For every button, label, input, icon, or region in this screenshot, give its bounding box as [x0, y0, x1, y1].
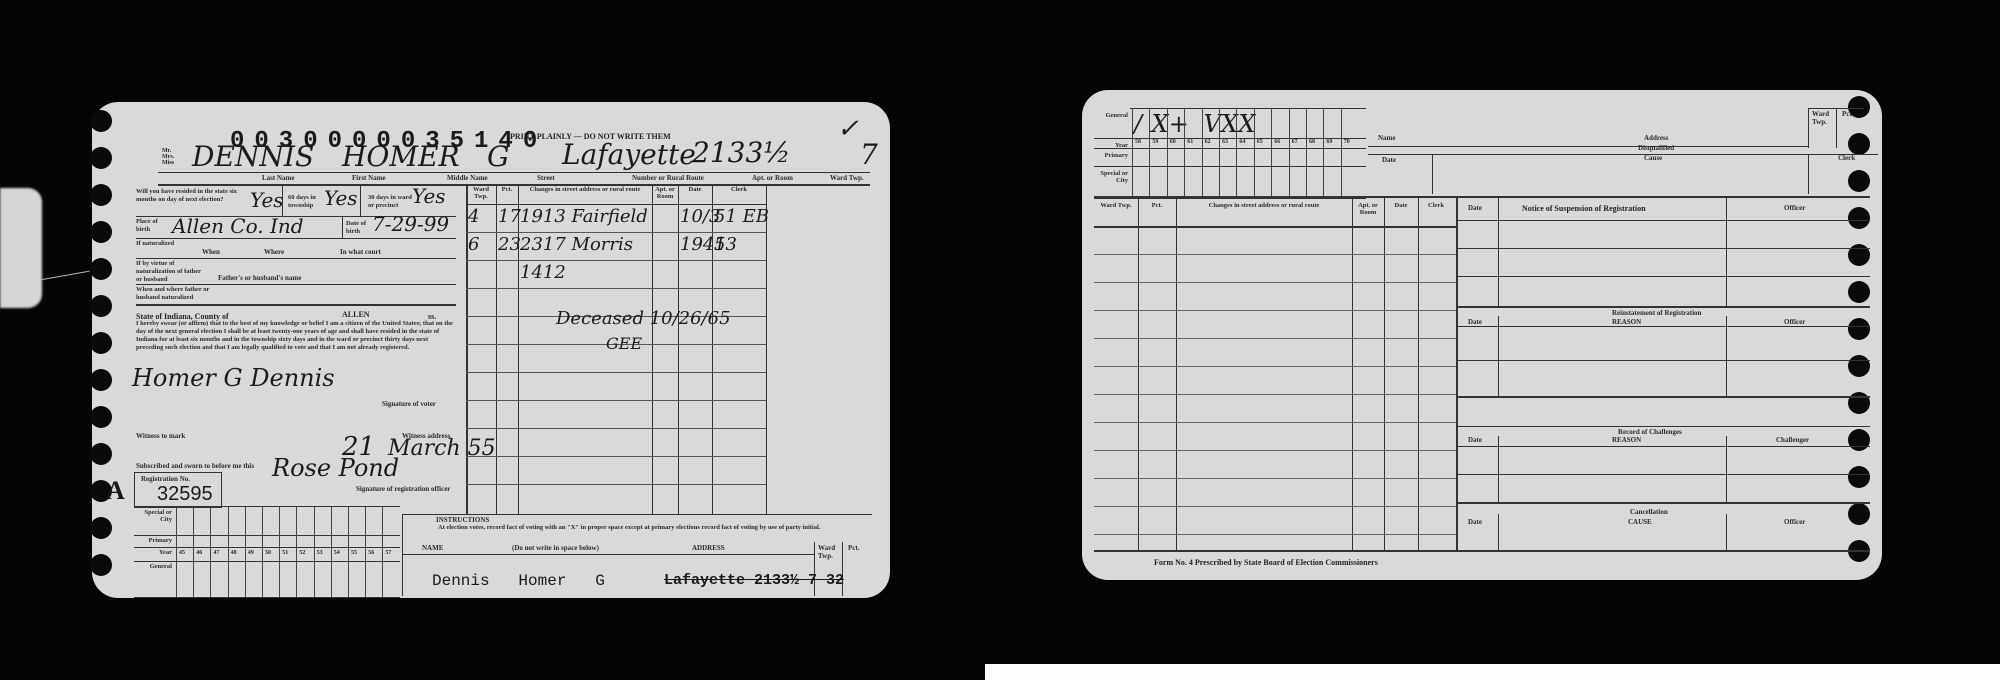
label-street: Street: [537, 174, 555, 182]
typed-name: Dennis Homer G: [432, 572, 605, 590]
changes-header: Apt. or Room: [654, 186, 676, 200]
grid-column: [382, 507, 383, 597]
cancellation-title: Cancellation: [1630, 508, 1668, 516]
label-cause: Cause: [1644, 154, 1662, 162]
back-grid-year: 61: [1187, 139, 1193, 145]
back-grid-column: [1167, 108, 1168, 198]
grid-year: 56: [368, 550, 374, 556]
instructions-title: INSTRUCTIONS: [436, 516, 489, 524]
film-artifact: [0, 188, 42, 308]
changes-header: Ward Twp.: [468, 186, 494, 200]
grid-column: [348, 507, 349, 597]
label-reinstatement-reason: REASON: [1612, 318, 1641, 326]
first-name-handwritten: HOMER: [342, 140, 460, 173]
label-where: Where: [264, 248, 284, 256]
label-address-back: Address: [1644, 134, 1668, 142]
back-changes-header: Ward Twp.: [1096, 202, 1136, 209]
grid-year: 53: [317, 550, 323, 556]
back-grid-column: [1219, 108, 1220, 198]
changes-cell: 1412: [520, 262, 566, 283]
changes-cell: 51 EB: [714, 206, 769, 227]
label-father-name: Father's or husband's name: [218, 274, 301, 282]
label-father-naturalized: When and where father or husband natural…: [136, 286, 226, 302]
label-precinct: 30 days in ward or precinct: [368, 194, 418, 210]
general-vote-mark: +: [1169, 110, 1189, 138]
changes-header: Changes in street address or rural route: [520, 186, 650, 193]
back-changes-header: Pct.: [1140, 202, 1174, 209]
punch-hole: [90, 110, 112, 132]
grid-year: 46: [196, 550, 202, 556]
registration-card-back: GeneralYearPrimarySpecial or City58/59X6…: [1082, 90, 1882, 580]
typed-address: Lafayette 2133½ 7 32: [664, 572, 844, 589]
changes-cell: 17: [498, 206, 521, 227]
label-pct-back: Pct.: [1842, 110, 1853, 118]
punch-hole: [90, 332, 112, 354]
grid-column: [331, 507, 332, 597]
grid-column: [210, 507, 211, 597]
general-vote-mark: /: [1134, 110, 1142, 138]
back-grid-row-label: Primary: [1094, 152, 1128, 159]
label-name: NAME: [422, 544, 443, 552]
changes-header: Pct.: [498, 186, 516, 193]
grid-column: [314, 507, 315, 597]
punch-hole: [1848, 281, 1870, 303]
grid-year: 55: [351, 550, 357, 556]
label-witness-mark: Witness to mark: [136, 432, 185, 440]
punch-hole: [1848, 355, 1870, 377]
grid-year: 45: [179, 550, 185, 556]
voting-record-grid: Special or CityPrimaryYearGeneral4546474…: [134, 506, 400, 597]
label-ward-bottom: Ward Twp.: [818, 544, 840, 560]
changes-cell: 53: [714, 234, 737, 255]
grid-column: [262, 507, 263, 597]
address-changes-table: Ward Twp.Pct.Changes in street address o…: [466, 184, 876, 514]
punch-hole: [1848, 318, 1870, 340]
changes-cell: 2317 Morris: [520, 234, 633, 255]
back-grid-column: [1254, 108, 1255, 198]
grid-year: 51: [282, 550, 288, 556]
punch-hole: [90, 406, 112, 428]
grid-row-label: Year: [136, 549, 172, 556]
grid-row-label: Special or City: [136, 509, 172, 523]
punch-hole: [1848, 207, 1870, 229]
back-changes-header: Date: [1386, 202, 1416, 209]
punch-hole: [90, 295, 112, 317]
punch-hole: [1848, 170, 1870, 192]
grid-year: 54: [334, 550, 340, 556]
punch-hole: [90, 554, 112, 576]
address-changes-table-back: Ward Twp.Pct.Changes in street address o…: [1094, 198, 1456, 550]
grid-row-label: Primary: [136, 537, 172, 544]
punch-hole: [90, 221, 112, 243]
label-number: Number or Rural Route: [632, 174, 704, 182]
label-challenge-reason: REASON: [1612, 436, 1641, 444]
grid-column: [176, 507, 177, 597]
grid-column: [296, 507, 297, 597]
back-grid-column: [1289, 108, 1290, 198]
changes-header: Clerk: [714, 186, 764, 193]
state-residence-value: Yes: [250, 188, 284, 212]
changes-cell: 23: [498, 234, 521, 255]
registration-number: 32595: [157, 483, 213, 506]
film-scratch: [40, 271, 89, 281]
label-ward-back: Ward Twp.: [1812, 110, 1834, 126]
label-name-back: Name: [1378, 134, 1396, 142]
changes-cell: 4: [468, 206, 479, 227]
grid-year: 49: [248, 550, 254, 556]
grid-year: 52: [299, 550, 305, 556]
label-suspension-officer: Officer: [1784, 204, 1805, 212]
punch-hole: [90, 443, 112, 465]
oath-text: I hereby swear (or affirm) that to the b…: [136, 320, 456, 352]
label-apt: Apt. or Room: [752, 174, 793, 182]
label-cancellation-cause: CAUSE: [1628, 518, 1652, 526]
place-of-birth-value: Allen Co. Ind: [172, 214, 304, 238]
label-court: In what court: [340, 248, 381, 256]
scan-edge-strip: [985, 664, 2000, 680]
back-grid-column: [1323, 108, 1324, 198]
date-of-birth-value: 7-29-99: [372, 212, 449, 236]
reinstatement-title: Reinstatement of Registration: [1612, 309, 1701, 317]
back-grid-column: [1132, 108, 1133, 198]
back-grid-column: [1202, 108, 1203, 198]
back-grid-year: 66: [1274, 139, 1280, 145]
label-challenger: Challenger: [1776, 436, 1809, 444]
back-changes-header: Clerk: [1420, 202, 1452, 209]
changes-cell: 6: [468, 234, 479, 255]
grid-year: 48: [231, 550, 237, 556]
registration-series: A: [106, 476, 125, 506]
label-cancellation-officer: Officer: [1784, 518, 1805, 526]
registration-card-front: 0030000035140 PRINT PLAINLY — DO NOT WRI…: [92, 102, 890, 598]
back-grid-row-label: General: [1094, 112, 1128, 119]
punch-hole: [1848, 503, 1870, 525]
punch-hole: [90, 184, 112, 206]
label-reinstatement-date: Date: [1468, 318, 1482, 326]
label-challenge-date: Date: [1468, 436, 1482, 444]
label-date-of-birth: Date of birth: [346, 220, 372, 236]
back-grid-row-label: Special or City: [1094, 170, 1128, 184]
punch-hole: [90, 258, 112, 280]
grid-year: 47: [213, 550, 219, 556]
form-footer: Form No. 4 Prescribed by State Board of …: [1154, 558, 1378, 567]
back-grid-column: [1271, 108, 1272, 198]
grid-column: [193, 507, 194, 597]
label-officer-signature: Signature of registration officer: [356, 485, 450, 493]
grid-row-label: General: [136, 563, 172, 570]
deceased-note: Deceased 10/26/65: [556, 308, 731, 329]
last-name-handwritten: DENNIS: [192, 140, 314, 173]
label-signature-voter: Signature of voter: [382, 400, 436, 408]
label-clerk-back: Clerk: [1838, 154, 1855, 162]
back-grid-column: [1184, 108, 1185, 198]
changes-header: Date: [680, 186, 710, 193]
officer-signature: Rose Pond: [272, 454, 399, 482]
back-grid-year: 68: [1309, 139, 1315, 145]
grid-year: 57: [385, 550, 391, 556]
label-cancellation-date: Date: [1468, 518, 1482, 526]
punch-hole: [1848, 466, 1870, 488]
county-value: ALLEN: [342, 310, 370, 319]
suspension-title: Notice of Suspension of Registration: [1522, 204, 1646, 213]
punch-hole: [1848, 133, 1870, 155]
punch-hole: [90, 147, 112, 169]
township-value: Yes: [324, 186, 358, 210]
house-number-handwritten: 2133½: [692, 136, 790, 169]
registration-number-box: Registration No. 32595: [134, 472, 222, 508]
grid-column: [228, 507, 229, 597]
label-do-not-write: (Do not write in space below): [512, 544, 599, 552]
ward-handwritten: 7: [860, 138, 878, 171]
label-date-back: Date: [1382, 156, 1396, 164]
label-when: When: [202, 248, 220, 256]
challenges-title: Record of Challenges: [1618, 428, 1682, 436]
label-place-of-birth: Place of birth: [136, 218, 166, 234]
grid-column: [365, 507, 366, 597]
label-middle-name: Middle Name: [447, 174, 488, 182]
label-disqualified: Disqualified: [1638, 144, 1674, 152]
label-ward: Ward Twp.: [830, 174, 864, 182]
back-grid-year: 64: [1239, 139, 1245, 145]
precinct-value: Yes: [412, 184, 446, 208]
label-subscribed: Subscribed and sworn to before me this: [136, 462, 254, 470]
label-if-naturalized: If naturalized: [136, 240, 186, 248]
back-grid-year: 60: [1170, 139, 1176, 145]
deceased-initials: GEE: [606, 334, 642, 353]
back-grid-year: 65: [1257, 139, 1263, 145]
grid-column: [245, 507, 246, 597]
label-address: ADDRESS: [692, 544, 725, 552]
label-virtue-naturalization: If by virtue of naturalization of father…: [136, 260, 202, 284]
label-pct-bottom: Pct.: [848, 544, 859, 552]
label-last-name: Last Name: [262, 174, 294, 182]
instructions-text: At election votes, record fact of voting…: [438, 524, 858, 532]
check-mark: ✓: [837, 114, 859, 144]
back-grid-year: 70: [1344, 139, 1350, 145]
back-changes-header: Apt. or Room: [1354, 202, 1382, 216]
voting-record-grid-back: GeneralYearPrimarySpecial or City58/59X6…: [1094, 108, 1366, 198]
middle-name-handwritten: G: [487, 140, 509, 173]
back-grid-column: [1341, 108, 1342, 198]
street-handwritten: Lafayette: [562, 138, 696, 171]
grid-column: [279, 507, 280, 597]
label-suspension-date: Date: [1468, 204, 1482, 212]
grid-year: 50: [265, 550, 271, 556]
changes-cell: 1913 Fairfield: [520, 206, 648, 227]
back-grid-year: 69: [1326, 139, 1332, 145]
label-first-name: First Name: [352, 174, 386, 182]
label-reinstatement-officer: Officer: [1784, 318, 1805, 326]
back-grid-year: 62: [1205, 139, 1211, 145]
back-grid-year: 63: [1222, 139, 1228, 145]
back-changes-header: Changes in street address or rural route: [1178, 202, 1350, 209]
punch-hole: [1848, 429, 1870, 451]
prefix-labels: Mr. Mrs. Miss: [162, 148, 176, 166]
back-grid-column: [1306, 108, 1307, 198]
voter-signature: Homer G Dennis: [132, 364, 335, 392]
back-grid-year: 67: [1292, 139, 1298, 145]
label-registration-number: Registration No.: [141, 475, 190, 483]
back-grid-year: 58: [1135, 139, 1141, 145]
label-state-residence: Will you have resided in the state six m…: [136, 188, 240, 204]
punch-hole: [90, 517, 112, 539]
punch-hole: [90, 369, 112, 391]
back-grid-year: 59: [1152, 139, 1158, 145]
